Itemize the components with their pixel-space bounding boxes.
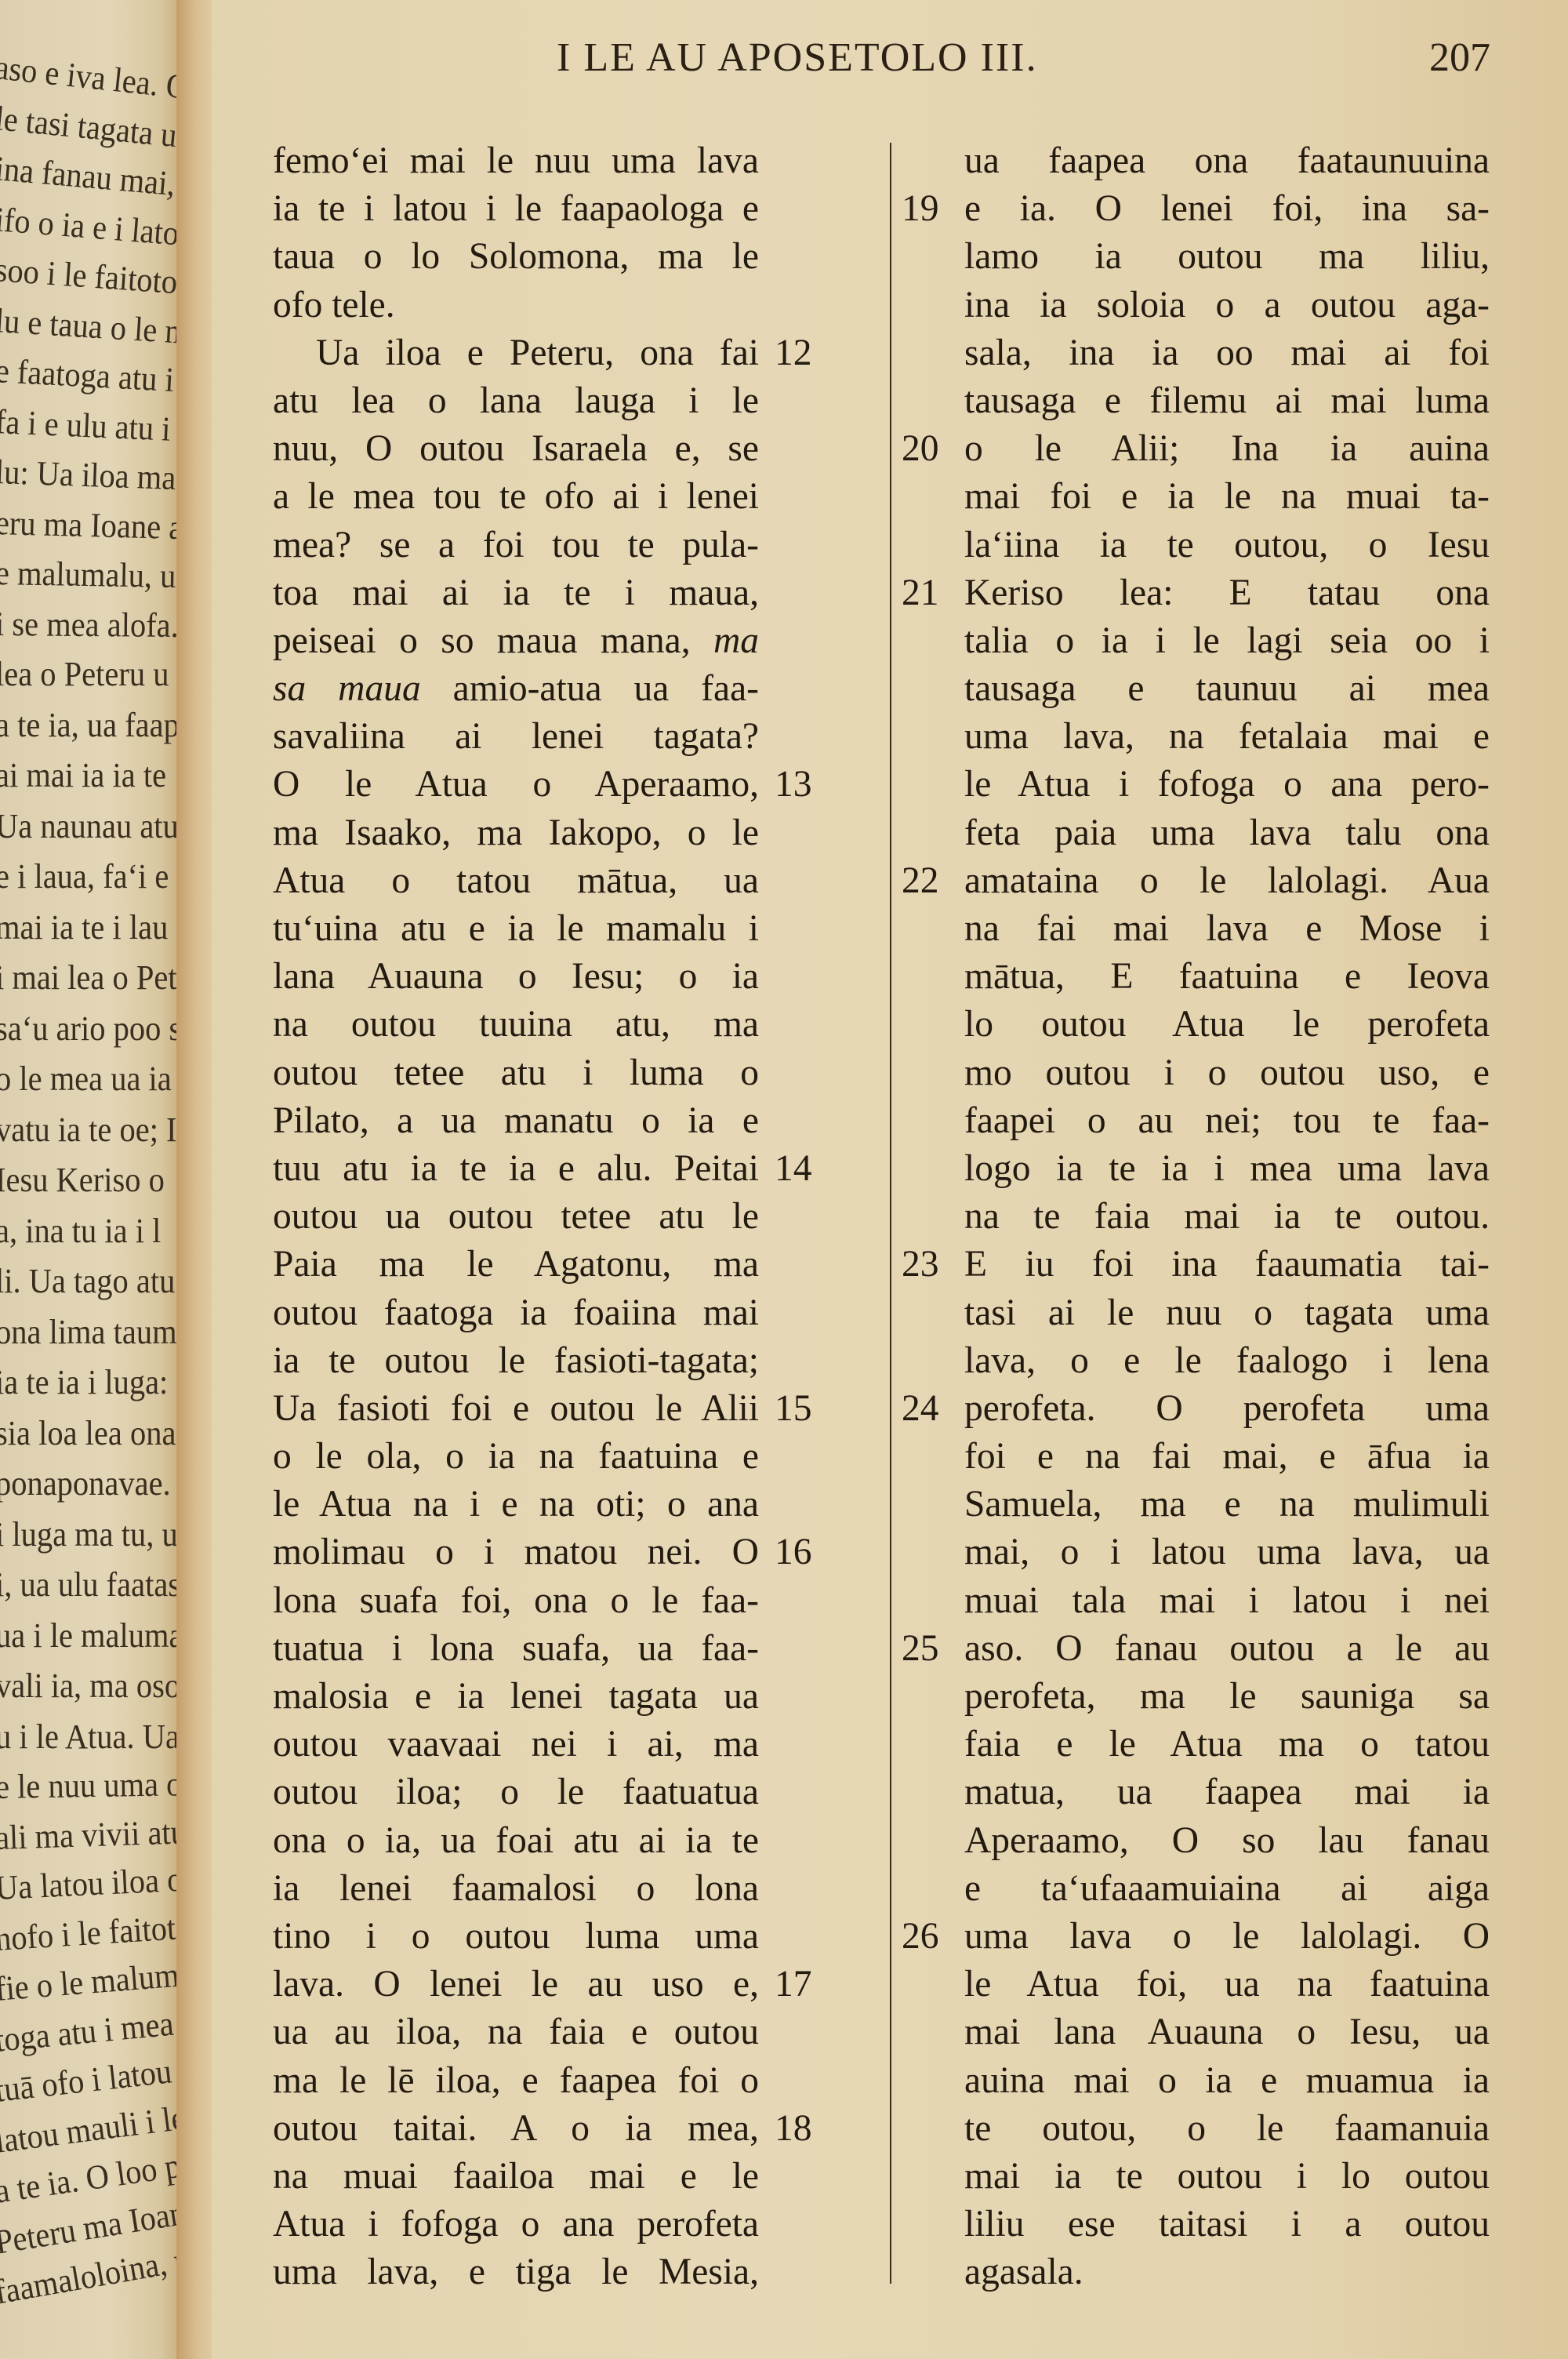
- verse-number: 16: [775, 1528, 812, 1576]
- text-line: uma lava, na fetalaia mai e: [964, 713, 1490, 761]
- text-line: Samuela, ma e na mulimuli: [964, 1481, 1490, 1528]
- line-text: feta paia uma lava talu ona: [964, 812, 1490, 853]
- text-line: ma le lē iloa, e faapea foi o: [273, 2057, 759, 2105]
- text-line: agasala.: [964, 2248, 1490, 2296]
- line-text: liliu ese taitasi i a outou: [964, 2204, 1490, 2245]
- text-line: atu lea o lana lauga i le: [273, 377, 759, 425]
- line-text: nuu, O outou Isaraela e, se: [273, 428, 759, 469]
- line-text: tu‘uina atu e ia le mamalu i: [273, 908, 759, 949]
- facing-page-line: ona lima taumat: [0, 1312, 182, 1352]
- line-text: taua o lo Solomona, ma le: [273, 236, 759, 277]
- text-line: sala, ina ia oo mai ai foi: [964, 329, 1490, 377]
- line-text: lona suafa foi, ona o le faa-: [273, 1580, 759, 1621]
- facing-page-line: sa‘u ario poo s: [0, 1009, 181, 1049]
- line-text: mai ia te outou i lo outou: [964, 2156, 1490, 2197]
- text-line: amataina o le lalolagi. Aua22: [964, 857, 1490, 905]
- verse-number: 15: [775, 1385, 812, 1433]
- facing-page-line: e i laua, fa‘i e ma: [0, 856, 182, 896]
- line-text: lamo ia outou ma liliu,: [964, 236, 1490, 277]
- text-line: mātua, E faatuina e Ieova: [964, 953, 1490, 1001]
- verse-number: 13: [775, 761, 812, 809]
- text-line: outou faatoga ia foaiina mai: [273, 1289, 759, 1337]
- italic-text: sa maua: [273, 668, 421, 709]
- line-text: lo outou Atua le perofeta: [964, 1004, 1490, 1045]
- text-line: tausaga e filemu ai mai luma: [964, 377, 1490, 425]
- line-text: ma le lē iloa, e faapea foi o: [273, 2060, 759, 2101]
- text-line: mo outou i o outou uso, e: [964, 1049, 1490, 1097]
- line-text: toa mai ai ia te i maua,: [273, 572, 759, 613]
- line-text: mai, o i latou uma lava, ua: [964, 1532, 1490, 1572]
- line-text: tausaga e filemu ai mai luma: [964, 380, 1490, 421]
- verse-number: 18: [775, 2105, 812, 2153]
- text-line: Aperaamo, O so lau fanau: [964, 1817, 1490, 1865]
- facing-page-line: ifo o ia e i latou: [0, 199, 182, 255]
- text-line: mai ia te outou i lo outou: [964, 2153, 1490, 2201]
- text-line: taua o lo Solomona, ma le: [273, 233, 759, 281]
- line-text: le Atua foi, ua na faatuina: [964, 1964, 1490, 2005]
- text-line: ua au iloa, na faia e outou: [273, 2008, 759, 2056]
- text-line: ofo tele.: [273, 282, 759, 329]
- text-line: Atua i fofoga o ana perofeta: [273, 2201, 759, 2248]
- line-text: e ta‘ufaaamuiaina ai aiga: [964, 1868, 1490, 1909]
- text-line: lamo ia outou ma liliu,: [964, 233, 1490, 281]
- line-text: molimau o i matou nei. O: [273, 1532, 759, 1572]
- line-text: malosia e ia lenei tagata ua: [273, 1676, 759, 1717]
- line-text: ofo tele.: [273, 285, 395, 325]
- line-text: le Atua na i e na oti; o ana: [273, 1484, 759, 1525]
- facing-page-line: ai mai ia ia te: [0, 755, 166, 795]
- line-text: aso. O fanau outou a le au: [964, 1628, 1490, 1669]
- text-line: o le Alii; Ina ia auina20: [964, 425, 1490, 473]
- line-text: ia te i latou i le faapaologa e: [273, 188, 759, 229]
- text-line: logo ia te ia i mea uma lava: [964, 1145, 1490, 1193]
- text-line: talia o ia i le lagi seia oo i: [964, 617, 1490, 665]
- line-text: tino i o outou luma uma: [273, 1916, 759, 1957]
- line-text: matua, ua faapea mai ia: [964, 1772, 1490, 1812]
- text-line: outou tetee atu i luma o: [273, 1049, 759, 1097]
- text-line: mea? se a foi tou te pula-: [273, 522, 759, 569]
- line-text: auina mai o ia e muamua ia: [964, 2060, 1490, 2101]
- book-page: I LE AU APOSETOLO III. 207 femo‘ei mai l…: [212, 0, 1568, 2359]
- text-line: le Atua na i e na oti; o ana: [273, 1481, 759, 1528]
- verse-number: 24: [902, 1385, 939, 1433]
- facing-page-line: i mai lea o Pete: [0, 958, 182, 998]
- line-text: outou iloa; o le faatuatua: [273, 1772, 759, 1812]
- right-text-column: ua faapea ona faataunuuinae ia. O lenei …: [964, 137, 1490, 2296]
- facing-page-line: o le mea ua ia te: [0, 1059, 182, 1099]
- facing-page-line: lu e taua o le ma: [0, 300, 182, 353]
- text-line: Keriso lea: E tatau ona21: [964, 569, 1490, 617]
- column-divider-rule: [890, 143, 891, 2284]
- text-line: foi e na fai mai, e āfua ia: [964, 1433, 1490, 1481]
- text-line: tasi ai le nuu o tagata uma: [964, 1289, 1490, 1337]
- facing-page-line: soo i le faitotoa o l: [0, 249, 182, 306]
- facing-page-line: ponaponavae. U: [0, 1463, 182, 1503]
- text-line: molimau o i matou nei. O16: [273, 1528, 759, 1576]
- text-line: te outou, o le faamanuia: [964, 2105, 1490, 2153]
- text-line: malosia e ia lenei tagata ua: [273, 1673, 759, 1721]
- text-line: E iu foi ina faaumatia tai-23: [964, 1241, 1490, 1289]
- facing-page-line: ia te ia i luga: o: [0, 1362, 182, 1402]
- text-line: aso. O fanau outou a le au25: [964, 1625, 1490, 1673]
- line-text: lava. O lenei le au uso e,: [273, 1964, 759, 2005]
- line-text: perofeta, ma le sauniga sa: [964, 1676, 1490, 1717]
- line-text: ina ia soloia o a outou aga-: [964, 285, 1490, 325]
- line-text: Atua i fofoga o ana perofeta: [273, 2204, 759, 2245]
- line-text: la‘iina ia te outou, o Iesu: [964, 525, 1490, 565]
- line-text: perofeta. O perofeta uma: [964, 1388, 1490, 1429]
- line-text: amio-atua ua faa-: [421, 668, 759, 709]
- text-line: feta paia uma lava talu ona: [964, 809, 1490, 857]
- verse-number: 26: [902, 1913, 939, 1961]
- text-line: faia e le Atua ma o tatou: [964, 1721, 1490, 1768]
- line-text: Atua o tatou mātua, ua: [273, 860, 759, 901]
- text-line: o le ola, o ia na faatuina e: [273, 1433, 759, 1481]
- line-text: outou faatoga ia foaiina mai: [273, 1292, 759, 1333]
- left-text-column: femo‘ei mai le nuu uma lavaia te i latou…: [273, 137, 759, 2296]
- text-line: liliu ese taitasi i a outou: [964, 2201, 1490, 2248]
- text-line: uma lava o le lalolagi. O26: [964, 1913, 1490, 1961]
- line-text: tasi ai le nuu o tagata uma: [964, 1292, 1490, 1333]
- line-text: te outou, o le faamanuia: [964, 2108, 1490, 2149]
- line-text: lava, o e le faalogo i lena: [964, 1340, 1490, 1381]
- text-line: ua faapea ona faataunuuina: [964, 137, 1490, 185]
- text-line: Ua iloa e Peteru, ona fai12: [273, 329, 759, 377]
- line-text: outou vaavaai nei i ai, ma: [273, 1724, 759, 1765]
- text-line: perofeta, ma le sauniga sa: [964, 1673, 1490, 1721]
- facing-page-line: sia loa lea ona t: [0, 1413, 182, 1453]
- text-line: na te faia mai ia te outou.: [964, 1193, 1490, 1241]
- line-text: tuatua i lona suafa, ua faa-: [273, 1628, 759, 1669]
- line-text: ua au iloa, na faia e outou: [273, 2012, 759, 2052]
- text-line: tino i o outou luma uma: [273, 1913, 759, 1961]
- text-line: auina mai o ia e muamua ia: [964, 2057, 1490, 2105]
- line-text: sala, ina ia oo mai ai foi: [964, 333, 1490, 373]
- line-text: ona o ia, ua foai atu ai ia te: [273, 1820, 759, 1861]
- line-text: outou tetee atu i luma o: [273, 1052, 759, 1093]
- facing-page-line: ali ma vivii atu i: [0, 1811, 182, 1857]
- text-line: Ua fasioti foi e outou le Alii15: [273, 1385, 759, 1433]
- facing-page-line: li. Ua tago atu: [0, 1261, 175, 1301]
- facing-page-line: e le nuu uma o i: [0, 1764, 182, 1807]
- facing-page-line: vatu ia te oe; I: [0, 1110, 177, 1150]
- line-text: logo ia te ia i mea uma lava: [964, 1148, 1490, 1189]
- verse-number: 23: [902, 1241, 939, 1289]
- facing-page-line: ua i le malumalu: [0, 1616, 182, 1656]
- verse-number: 17: [775, 1961, 812, 2008]
- text-line: uma lava, e tiga le Mesia,: [273, 2248, 759, 2296]
- text-line: O le Atua o Aperaamo,13: [273, 761, 759, 809]
- line-text: mo outou i o outou uso, e: [964, 1052, 1490, 1093]
- line-text: faapei o au nei; tou te faa-: [964, 1100, 1490, 1141]
- verse-number: 20: [902, 425, 939, 473]
- line-text: foi e na fai mai, e āfua ia: [964, 1436, 1490, 1477]
- verse-number: 21: [902, 569, 939, 617]
- line-text: mai lana Auauna o Iesu, ua: [964, 2012, 1490, 2052]
- facing-page-line: Ua naunau atu i: [0, 806, 182, 846]
- facing-page-line: nofo i le faitoto: [0, 1906, 182, 1959]
- text-line: faapei o au nei; tou te faa-: [964, 1097, 1490, 1145]
- line-text: amataina o le lalolagi. Aua: [964, 860, 1490, 901]
- line-text: na te faia mai ia te outou.: [964, 1196, 1490, 1237]
- text-line: mai foi e ia le na muai ta-: [964, 473, 1490, 521]
- text-line: a le mea tou te ofo ai i lenei: [273, 473, 759, 521]
- line-text: faia e le Atua ma o tatou: [964, 1724, 1490, 1765]
- line-text: Samuela, ma e na mulimuli: [964, 1484, 1490, 1525]
- text-line: lana Auauna o Iesu; o ia: [273, 953, 759, 1001]
- facing-page-line: fie o le malumal: [0, 1953, 182, 2009]
- text-line: la‘iina ia te outou, o Iesu: [964, 522, 1490, 569]
- line-text: Paia ma le Agatonu, ma: [273, 1244, 759, 1285]
- text-line: tu‘uina atu e ia le mamalu i: [273, 905, 759, 953]
- facing-page-line: a te ia, ua faap: [0, 705, 180, 745]
- verse-number: 19: [902, 185, 939, 233]
- text-line: le Atua foi, ua na faatuina: [964, 1961, 1490, 2008]
- line-text: muai tala mai i latou i nei: [964, 1580, 1490, 1621]
- verse-number: 12: [775, 329, 812, 377]
- facing-page-line: e faatoga atu i: [0, 351, 175, 400]
- text-line: e ia. O lenei foi, ina sa-19: [964, 185, 1490, 233]
- line-text: outou ua outou tetee atu le: [273, 1196, 759, 1237]
- text-line: femo‘ei mai le nuu uma lava: [273, 137, 759, 185]
- facing-page-line: Iesu Keriso o: [0, 1160, 165, 1200]
- text-line: toa mai ai ia te i maua,: [273, 569, 759, 617]
- line-text: uma lava, e tiga le Mesia,: [273, 2252, 759, 2292]
- line-text: a le mea tou te ofo ai i lenei: [273, 476, 759, 517]
- text-line: Paia ma le Agatonu, ma: [273, 1241, 759, 1289]
- line-text: na muai faailoa mai e le: [273, 2156, 759, 2197]
- text-line: Pilato, a ua manatu o ia e: [273, 1097, 759, 1145]
- text-line: tuu atu ia te ia e alu. Peitai14: [273, 1145, 759, 1193]
- facing-page-line: fa i e ulu atu i: [0, 402, 172, 449]
- line-text: tuu atu ia te ia e alu. Peitai: [273, 1148, 759, 1189]
- text-line: ona o ia, ua foai atu ai ia te: [273, 1817, 759, 1865]
- text-line: ina ia soloia o a outou aga-: [964, 282, 1490, 329]
- facing-page-line: i, ua ulu faatasi f: [0, 1565, 182, 1605]
- text-line: outou vaavaai nei i ai, ma: [273, 1721, 759, 1768]
- line-text: savaliina ai lenei tagata?: [273, 716, 759, 757]
- line-text: ma Isaako, ma Iakopo, o le: [273, 812, 759, 853]
- line-text: le Atua i fofoga o ana pero-: [964, 764, 1490, 805]
- facing-page-line: le tasi tagata ua p: [0, 98, 182, 159]
- text-line: ma Isaako, ma Iakopo, o le: [273, 809, 759, 857]
- line-text: Aperaamo, O so lau fanau: [964, 1820, 1490, 1861]
- line-text: mātua, E faatuina e Ieova: [964, 956, 1490, 997]
- text-line: ia te outou le fasioti-tagata;: [273, 1337, 759, 1385]
- text-line: lava, o e le faalogo i lena: [964, 1337, 1490, 1385]
- facing-page-line: e malumalu, ua fa: [0, 553, 182, 597]
- line-text: talia o ia i le lagi seia oo i: [964, 620, 1490, 661]
- text-line: le Atua i fofoga o ana pero-: [964, 761, 1490, 809]
- text-line: tausaga e taunuu ai mea: [964, 665, 1490, 713]
- running-title: I LE AU APOSETOLO III.: [557, 35, 1380, 81]
- text-line: sa maua amio-atua ua faa-: [273, 665, 759, 713]
- text-line: mai lana Auauna o Iesu, ua: [964, 2008, 1490, 2056]
- facing-page-line: i luga ma tu, ua s: [0, 1514, 182, 1554]
- text-line: mai, o i latou uma lava, ua: [964, 1528, 1490, 1576]
- text-line: outou ua outou tetee atu le: [273, 1193, 759, 1241]
- line-text: e ia. O lenei foi, ina sa-: [964, 188, 1490, 229]
- line-text: uma lava o le lalolagi. O: [964, 1916, 1490, 1957]
- facing-page-line: ina fanau mai, u: [0, 148, 182, 206]
- line-text: Keriso lea: E tatau ona: [964, 572, 1490, 613]
- line-text: outou taitai. A o ia mea,: [273, 2108, 759, 2149]
- text-line: peiseai o so maua mana, ma: [273, 617, 759, 665]
- line-text: mai foi e ia le na muai ta-: [964, 476, 1490, 517]
- text-line: outou iloa; o le faatuatua: [273, 1768, 759, 1816]
- facing-page-line: Ua latou iloa o i: [0, 1859, 182, 1908]
- text-line: Atua o tatou mātua, ua: [273, 857, 759, 905]
- text-line: perofeta. O perofeta uma24: [964, 1385, 1490, 1433]
- facing-page-line: u i le Atua. Ua: [0, 1717, 180, 1757]
- facing-page-line: a, ina tu ia i l: [0, 1211, 161, 1251]
- line-text: Pilato, a ua manatu o ia e: [273, 1100, 759, 1141]
- line-text: ua faapea ona faataunuuina: [964, 140, 1490, 181]
- line-text: agasala.: [964, 2252, 1083, 2292]
- line-text: tausaga e taunuu ai mea: [964, 668, 1490, 709]
- line-text: lana Auauna o Iesu; o ia: [273, 956, 759, 997]
- line-text: E iu foi ina faaumatia tai-: [964, 1244, 1490, 1285]
- facing-page: aso e iva lea. O lole tasi tagata ua pin…: [0, 0, 182, 2359]
- text-line: lava. O lenei le au uso e,17: [273, 1961, 759, 2008]
- verse-number: 25: [902, 1625, 939, 1673]
- facing-page-line: vali ia, ma oso,: [0, 1666, 182, 1706]
- text-line: na muai faailoa mai e le: [273, 2153, 759, 2201]
- verse-number: 14: [775, 1145, 812, 1193]
- text-line: outou taitai. A o ia mea,18: [273, 2105, 759, 2153]
- italic-text: ma: [713, 620, 759, 661]
- text-line: muai tala mai i latou i nei: [964, 1577, 1490, 1625]
- facing-page-line: i se mea alofa. O: [0, 604, 182, 645]
- line-text: Ua iloa e Peteru, ona fai: [316, 333, 759, 373]
- text-line: tuatua i lona suafa, ua faa-: [273, 1625, 759, 1673]
- line-text: uma lava, na fetalaia mai e: [964, 716, 1490, 757]
- text-line: ia te i latou i le faapaologa e: [273, 185, 759, 233]
- line-text: atu lea o lana lauga i le: [273, 380, 759, 421]
- verse-number: 22: [902, 857, 939, 905]
- text-line: e ta‘ufaaamuiaina ai aiga: [964, 1865, 1490, 1913]
- text-line: nuu, O outou Isaraela e, se: [273, 425, 759, 473]
- text-line: ia lenei faamalosi o lona: [273, 1865, 759, 1913]
- facing-page-line: lea o Peteru u: [0, 654, 169, 694]
- line-text: femo‘ei mai le nuu uma lava: [273, 140, 759, 181]
- line-text: na outou tuuina atu, ma: [273, 1004, 759, 1045]
- text-line: na fai mai lava e Mose i: [964, 905, 1490, 953]
- line-text: o le Alii; Ina ia auina: [964, 428, 1490, 469]
- text-line: matua, ua faapea mai ia: [964, 1768, 1490, 1816]
- line-text: O le Atua o Aperaamo,: [273, 764, 759, 805]
- line-text: o le ola, o ia na faatuina e: [273, 1436, 759, 1477]
- line-text: ia te outou le fasioti-tagata;: [273, 1340, 759, 1381]
- line-text: mea? se a foi tou te pula-: [273, 525, 759, 565]
- page-number: 207: [1429, 35, 1490, 81]
- text-line: lo outou Atua le perofeta: [964, 1001, 1490, 1049]
- text-line: lona suafa foi, ona o le faa-: [273, 1577, 759, 1625]
- facing-page-line: mai ia te i lau: [0, 907, 168, 947]
- line-text: na fai mai lava e Mose i: [964, 908, 1490, 949]
- line-text: Ua fasioti foi e outou le Alii: [273, 1388, 759, 1429]
- facing-page-line: eru ma Ioane a: [0, 503, 182, 547]
- line-text: peiseai o so maua mana,: [273, 620, 713, 661]
- facing-page-line: lu: Ua iloa ma: [0, 452, 176, 498]
- text-line: savaliina ai lenei tagata?: [273, 713, 759, 761]
- line-text: ia lenei faamalosi o lona: [273, 1868, 759, 1909]
- text-line: na outou tuuina atu, ma: [273, 1001, 759, 1049]
